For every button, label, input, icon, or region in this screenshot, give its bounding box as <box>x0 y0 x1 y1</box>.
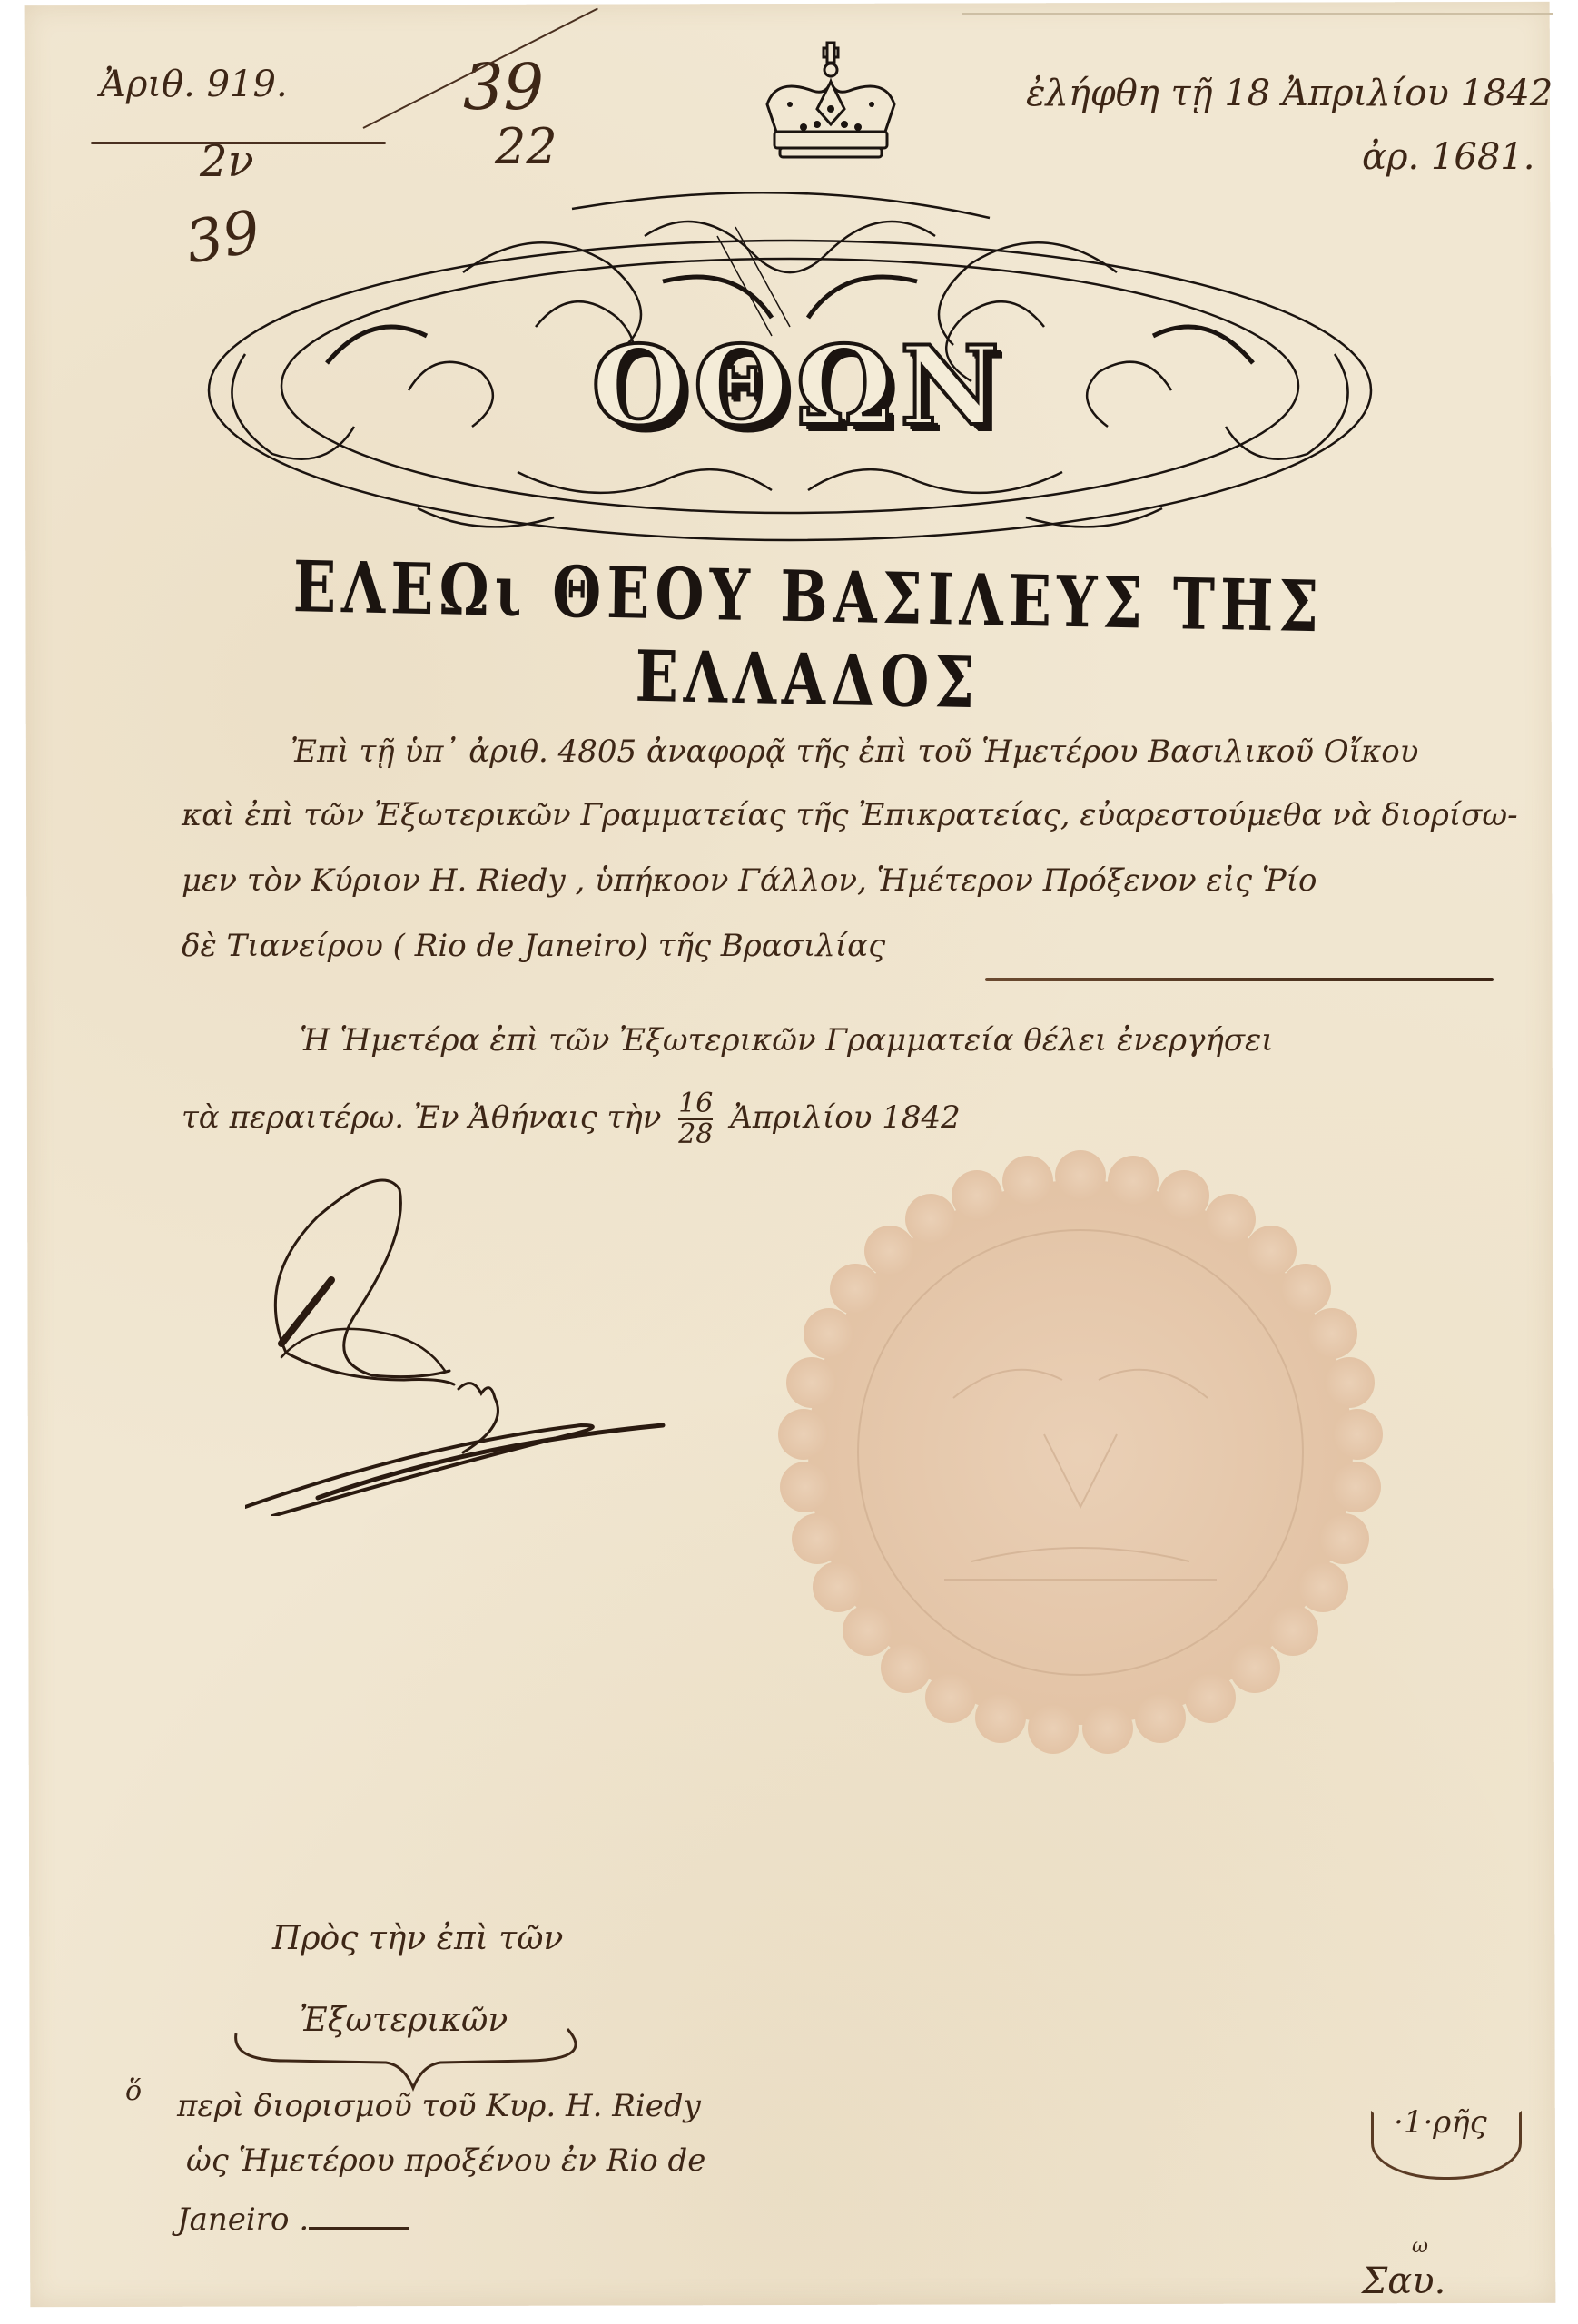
registry-date: ἐλήφθη τῇ 18 Ἀπριλίου 1842 <box>1026 73 1553 114</box>
folio-denominator: 22 <box>495 118 557 175</box>
royal-title: ΕΛΕΩι ΘΕΟΥ ΒΑΣΙΛΕΥΣ ΤΗΣ ΕΛΛΑΔΟΣ <box>153 543 1463 734</box>
date-month-year: Ἀπριλίου 1842 <box>730 1099 961 1136</box>
reference-number: Ἀριθ. 919. <box>100 64 288 105</box>
address-margin-mark: ὅ <box>125 2075 142 2107</box>
clerk-initials: ·1·ρῆς <box>1394 2104 1487 2141</box>
registry-number: ἀρ. 1681. <box>1362 136 1534 178</box>
date-fraction: 16 28 <box>678 1089 713 1149</box>
subject-line-2: ὡς Ἡμετέρου προξένου ἐν Rio de <box>186 2142 705 2179</box>
subject-line-1: περὶ διορισμοῦ τοῦ Κυρ. H. Riedy <box>177 2088 701 2124</box>
clerk-mark: ω <box>1412 2235 1428 2258</box>
line-filler-rule <box>985 978 1494 981</box>
paper-fold-edge <box>962 4 1553 15</box>
folio-mark: 2ν <box>200 136 254 187</box>
body-line-2: καὶ ἐπὶ τῶν Ἐξωτερικῶν Γραμματείας τῆς Ἐ… <box>182 797 1489 833</box>
royal-crown-icon <box>740 41 922 177</box>
date-old-style: 16 <box>678 1089 713 1120</box>
royal-signature-icon <box>245 1153 690 1516</box>
folio-numerator: 39 <box>463 50 544 124</box>
subject-line-3: Janeiro . <box>177 2201 309 2238</box>
king-name-ornamental: ΟΘΩΝ <box>545 322 1053 450</box>
embossed-paper-seal-icon <box>767 1139 1394 1766</box>
body-line-3: μεν τὸν Κύριον H. Riedy , ὑπήκοον Γάλλον… <box>182 862 1489 899</box>
address-line-1: Πρὸς τὴν ἐπὶ τῶν <box>272 1920 563 1957</box>
body-line-4: δὲ Τιανείρου ( Rio de Janeiro) τῆς Βρασι… <box>182 928 1489 964</box>
clerk-signature: Σαυ. <box>1362 2260 1445 2302</box>
subject-filler-rule <box>309 2227 409 2230</box>
curly-brace-icon <box>232 2024 595 2097</box>
date-new-style: 28 <box>678 1120 713 1149</box>
body-line-1: Ἐπὶ τῇ ὑπ᾽ ἀριθ. 4805 ἀναφορᾷ τῆς ἐπὶ το… <box>291 734 1578 770</box>
body-line-5: Ἡ Ἡμετέρα ἐπὶ τῶν Ἐξωτερικῶν Γραμματεία … <box>300 1022 1578 1059</box>
body-line-6-text: τὰ περαιτέρω. Ἐν Ἀθήναις τὴν <box>182 1099 661 1136</box>
